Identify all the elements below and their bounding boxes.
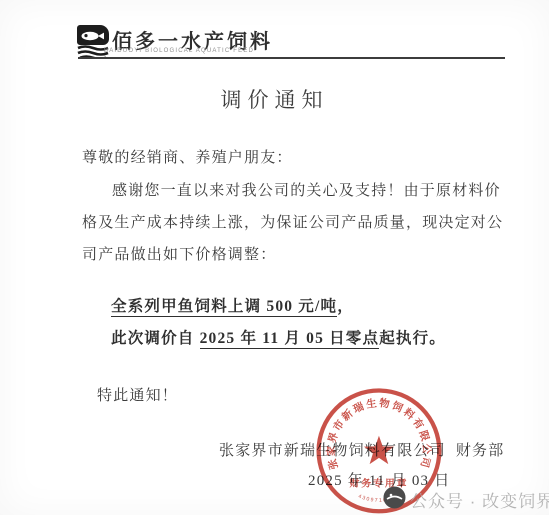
seal-company-arc-text: 张家界市新瑞生物饲料有限公司: [325, 396, 434, 471]
effective-date-tail: 起执行。: [379, 330, 446, 347]
svg-text:张家界市新瑞生物饲料有限公司: 张家界市新瑞生物饲料有限公司: [325, 396, 434, 471]
body-paragraph-line: 感谢您一直以来对我公司的关心及支持！由于原材料价: [112, 179, 501, 200]
effective-date-prefix: 此次调价自: [111, 330, 200, 347]
signature-department: 财务部: [456, 443, 505, 459]
page-title: 调价通知: [0, 84, 549, 114]
salutation: 尊敬的经销商、养殖户朋友：: [82, 146, 293, 167]
brand-tagline: BAIDUOYI BIOLOGICAL AQUATIC FEED: [104, 48, 254, 54]
letterhead-rule: [78, 57, 505, 59]
body-paragraph-line: 司产品做出如下价格调整：: [82, 243, 276, 264]
watermark-logo-icon: [383, 486, 406, 509]
body-paragraph-line: 格及生产成本持续上涨，为保证公司产品质量，现决定对公: [82, 211, 503, 232]
price-increase-underlined: 全系列甲鱼饲料上调 500 元/吨: [111, 298, 337, 317]
price-increase-tail: ，: [337, 298, 354, 315]
seal-star-icon: [364, 436, 394, 464]
effective-date-line: 此次调价自 2025 年 11 月 05 日零点起执行。: [111, 326, 446, 348]
notice-document: 佰多一水产饲料 BAIDUOYI BIOLOGICAL AQUATIC FEED…: [0, 0, 549, 515]
price-increase-line: 全系列甲鱼饲料上调 500 元/吨，: [111, 294, 354, 316]
closing-line: 特此通知！: [97, 384, 178, 405]
watermark-text: 公众号 · 改变饲界: [410, 487, 549, 512]
effective-date-underlined: 2025 年 11 月 05 日零点: [200, 330, 380, 349]
